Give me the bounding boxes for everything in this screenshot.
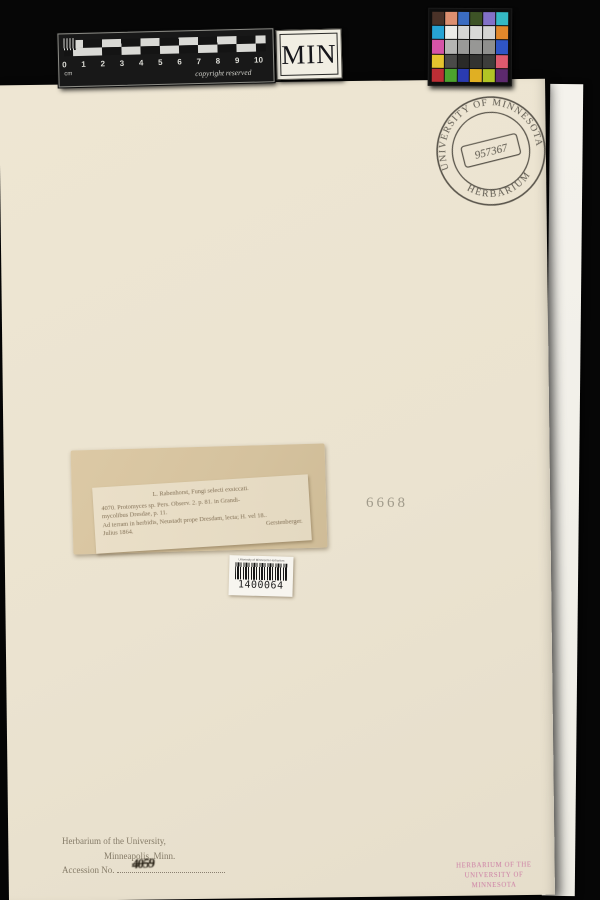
color-patch-2 [458,12,470,25]
color-patch-16 [483,40,495,53]
footer-imprint: Herbarium of the University, Minneapolis… [62,834,225,878]
min-herbarium-code-card: MIN [275,29,342,81]
ruler-mm-hatch [64,38,76,50]
accession-label: Accession No. [62,865,115,875]
color-patch-22 [483,55,495,68]
color-patch-14 [458,40,470,53]
color-patch-21 [470,55,482,68]
color-patch-18 [432,54,444,67]
ruler-unit-label: cm [64,71,72,77]
color-patch-12 [432,40,444,53]
color-calibration-chart [428,8,513,87]
ruler-number-5: 5 [158,58,163,67]
color-patch-25 [445,69,457,82]
color-patch-27 [470,69,482,82]
ruler-number-8: 8 [216,57,221,66]
ruler-number-7: 7 [196,57,201,66]
barcode-number: 1400064 [229,579,293,593]
color-patch-6 [432,26,444,39]
color-patch-20 [458,55,470,68]
color-patch-5 [496,12,508,25]
color-patch-26 [457,69,469,82]
label-date: Julius 1864. [103,529,134,539]
label-collector: Gerstenberger. [266,518,303,529]
specimen-label: L. Rabenhorst, Fungi selecti exsiccati. … [92,474,312,553]
color-patch-13 [445,40,457,53]
magenta-ownership-stamp: Herbarium of the University of Minnesota [446,860,542,891]
color-patch-28 [483,69,495,82]
stamp-handwritten-number: 957367 [474,142,510,162]
cm-ruler: 012345678910 cm copyright reserved [57,28,274,87]
ruler-number-1: 1 [81,60,86,69]
barcode-icon [235,562,287,580]
svg-text:HERBARIUM: HERBARIUM [463,168,537,207]
color-patch-19 [445,54,457,67]
ruler-numbers: 012345678910 [58,29,272,34]
color-patch-17 [496,41,508,54]
color-patch-3 [471,12,483,25]
magenta-stamp-line-1: Herbarium of the [446,860,542,871]
ruler-number-3: 3 [120,59,125,68]
ruler-number-9: 9 [235,56,240,65]
min-code-label: MIN [279,33,338,76]
barcode-sticker: University of Minnesota Herbarium 140006… [228,555,293,597]
color-patch-15 [470,40,482,53]
accession-row: Accession No. 4059 [62,863,225,878]
ruler-number-6: 6 [177,57,182,66]
ruler-number-2: 2 [100,59,105,68]
color-patch-4 [483,12,495,25]
stamped-sheet-number: 6668 [366,495,408,512]
color-patch-24 [432,69,444,82]
footer-line-2: Minneapolis, Minn. [104,849,225,864]
footer-line-1: Herbarium of the University, [62,834,225,849]
color-patch-7 [445,26,457,39]
color-patch-10 [483,26,495,39]
stamp-arc-bottom-text: HERBARIUM [463,168,537,207]
ruler-copyright-text: copyright reserved [195,68,251,78]
scale-bar-group: 012345678910 cm copyright reserved MIN [57,27,342,88]
color-patch-11 [496,26,508,39]
herbarium-scan: 012345678910 cm copyright reserved MIN U… [0,0,600,900]
ruler-number-4: 4 [139,58,144,67]
accession-handwritten-number: 4059 [131,856,154,872]
ruler-number-10: 10 [254,55,263,64]
magenta-stamp-line-2: University of Minnesota [446,870,542,891]
color-patch-29 [496,69,508,82]
color-patch-1 [445,12,457,25]
ruler-number-0: 0 [62,60,67,69]
color-patch-9 [471,26,483,39]
color-patch-0 [432,12,444,25]
color-patch-8 [458,26,470,39]
color-patch-23 [496,55,508,68]
